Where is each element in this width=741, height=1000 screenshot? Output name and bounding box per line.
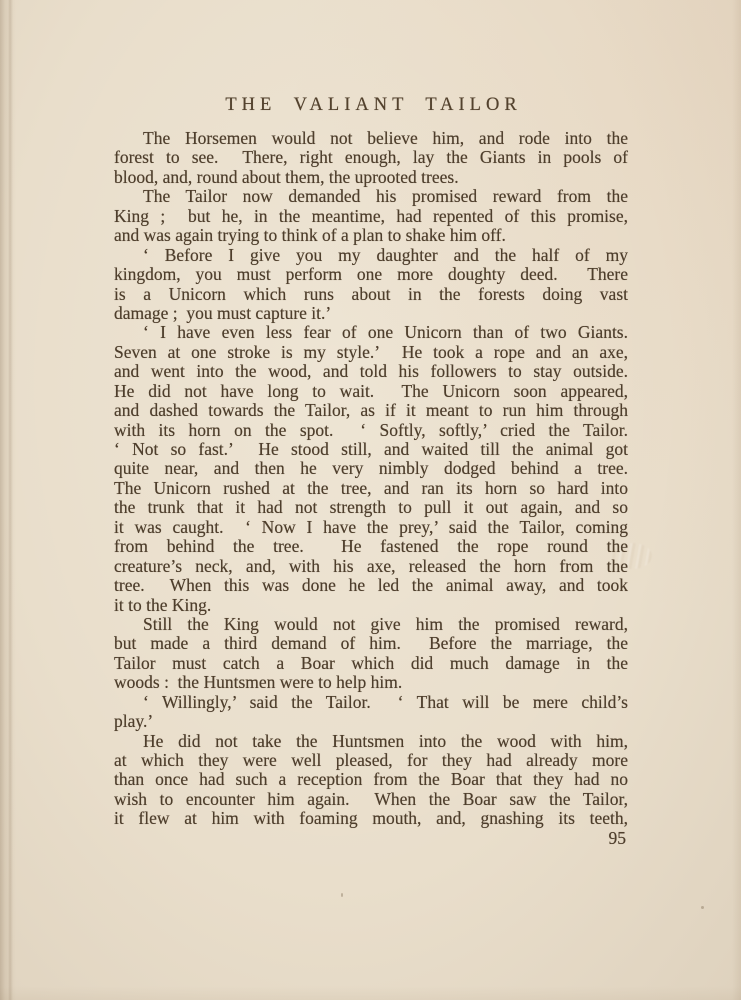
text-line: Still the King would not give him the pr… bbox=[114, 615, 628, 634]
text-line: blood, and, round about them, the uproot… bbox=[114, 168, 628, 187]
text-line: quite near, and then he very nimbly dodg… bbox=[114, 459, 628, 478]
text-line: and went into the wood, and told his fol… bbox=[114, 362, 628, 381]
text-line: The Unicorn rushed at the tree, and ran … bbox=[114, 479, 628, 498]
text-line: it to the King. bbox=[114, 596, 628, 615]
text-line: is a Unicorn which runs about in the for… bbox=[114, 285, 628, 304]
paper-speck bbox=[341, 893, 343, 897]
text-line: damage ; you must capture it.’ bbox=[114, 304, 628, 323]
book-page: THE VALIANT TAILOR The Horsemen would no… bbox=[0, 0, 741, 1000]
paragraph: He did not take the Huntsmen into the wo… bbox=[114, 732, 628, 829]
text-line: it was caught. ‘ Now I have the prey,’ s… bbox=[114, 518, 628, 537]
text-line: creature’s neck, and, with his axe, rele… bbox=[114, 557, 628, 576]
paragraph: ‘ Willingly,’ said the Tailor. ‘ That wi… bbox=[114, 693, 628, 732]
text-block: THE VALIANT TAILOR The Horsemen would no… bbox=[114, 94, 628, 848]
text-line: The Horsemen would not believe him, and … bbox=[114, 129, 628, 148]
text-line: with its horn on the spot. ‘ Softly, sof… bbox=[114, 421, 628, 440]
text-line: and dashed towards the Tailor, as if it … bbox=[114, 401, 628, 420]
text-line: woods : the Huntsmen were to help him. bbox=[114, 673, 628, 692]
text-line: at which they were well pleased, for the… bbox=[114, 751, 628, 770]
text-line: wish to encounter him again. When the Bo… bbox=[114, 790, 628, 809]
text-line: kingdom, you must perform one more dough… bbox=[114, 265, 628, 284]
text-line: from behind the tree. He fastened the ro… bbox=[114, 537, 628, 556]
text-line: ‘ Not so fast.’ He stood still, and wait… bbox=[114, 440, 628, 459]
text-line: The Tailor now demanded his promised rew… bbox=[114, 187, 628, 206]
text-line: He did not have long to wait. The Unicor… bbox=[114, 382, 628, 401]
body-text: The Horsemen would not believe him, and … bbox=[114, 129, 628, 829]
paragraph: ‘ Before I give you my daughter and the … bbox=[114, 246, 628, 324]
text-line: forest to see. There, right enough, lay … bbox=[114, 148, 628, 167]
text-line: ‘ I have even less fear of one Unicorn t… bbox=[114, 323, 628, 342]
paragraph: ‘ I have even less fear of one Unicorn t… bbox=[114, 323, 628, 615]
text-line: ‘ Before I give you my daughter and the … bbox=[114, 246, 628, 265]
text-line: than once had such a reception from the … bbox=[114, 770, 628, 789]
paper-speck bbox=[701, 906, 704, 909]
text-line: it flew at him with foaming mouth, and, … bbox=[114, 809, 628, 828]
text-line: King ; but he, in the meantime, had repe… bbox=[114, 207, 628, 226]
text-line: He did not take the Huntsmen into the wo… bbox=[114, 732, 628, 751]
text-line: Seven at one stroke is my style.’ He too… bbox=[114, 343, 628, 362]
paragraph: The Tailor now demanded his promised rew… bbox=[114, 187, 628, 245]
text-line: tree. When this was done he led the anim… bbox=[114, 576, 628, 595]
page-number: 95 bbox=[114, 829, 628, 848]
text-line: Tailor must catch a Boar which did much … bbox=[114, 654, 628, 673]
text-line: but made a third demand of him. Before t… bbox=[114, 634, 628, 653]
text-line: play.’ bbox=[114, 712, 628, 731]
text-line: ‘ Willingly,’ said the Tailor. ‘ That wi… bbox=[114, 693, 628, 712]
page-title: THE VALIANT TAILOR bbox=[114, 94, 628, 116]
text-line: the trunk that it had not strength to pu… bbox=[114, 498, 628, 517]
text-line: and was again trying to think of a plan … bbox=[114, 226, 628, 245]
paragraph: Still the King would not give him the pr… bbox=[114, 615, 628, 693]
paragraph: The Horsemen would not believe him, and … bbox=[114, 129, 628, 187]
